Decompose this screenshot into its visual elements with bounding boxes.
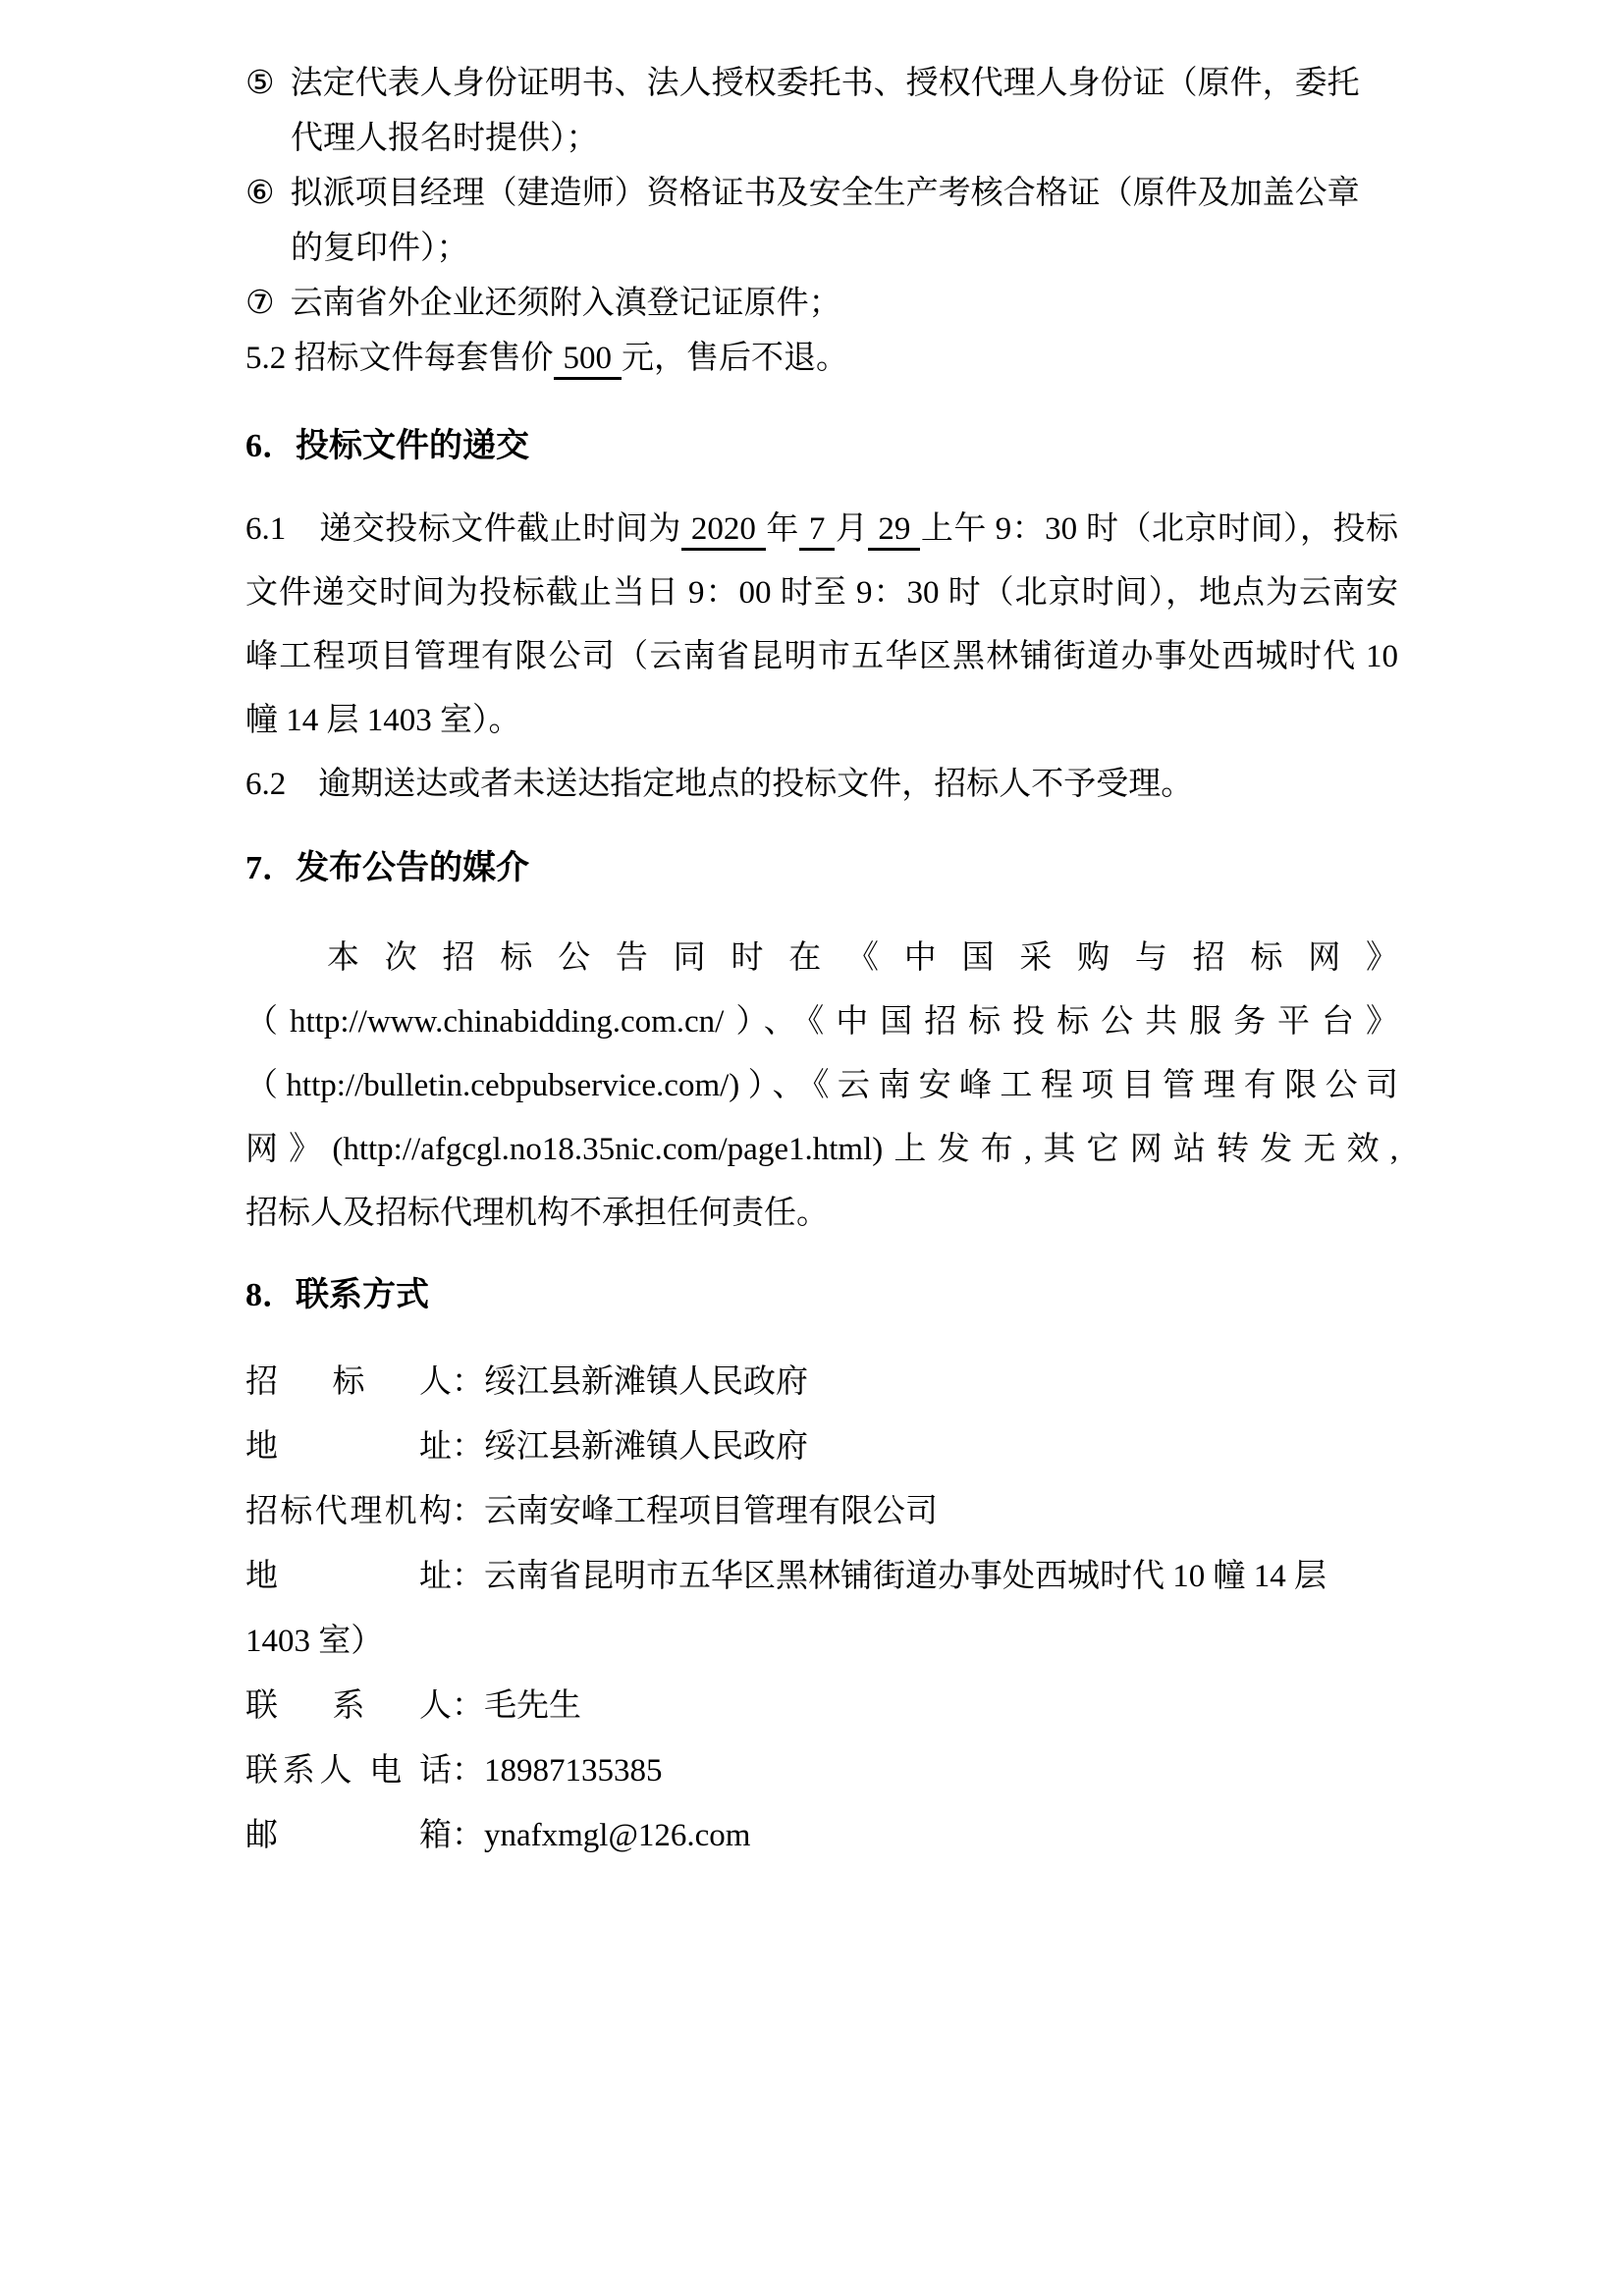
list-item-text: 的复印件）； [245,221,1398,276]
contact-row-phone: 联系人 电 话：18987135385 [245,1738,1398,1803]
list-item-text: 代理人报名时提供）； [245,111,1398,166]
circled-number-5: ⑤ [245,56,275,111]
contact-value: 18987135385 [484,1753,663,1789]
list-item-text: 法定代表人身份证明书、法人授权委托书、授权代理人身份证（原件，委托 [291,66,1360,101]
contact-label: 地址 [245,1544,452,1609]
contact-row-agency: 招标代理机构：云南安峰工程项目管理有限公司 [245,1479,1398,1544]
contact-list: 招标人：绥江县新滩镇人民政府 地址：绥江县新滩镇人民政府 招标代理机构：云南安峰… [245,1350,1398,1868]
paragraph-7-line-3: （http://bulletin.cebpubservice.com/)）、《云… [245,1054,1398,1118]
contact-row-agency-address: 地址：云南省昆明市五华区黑林铺街道办事处西城时代 10 幢 14 层 [245,1544,1398,1609]
contact-colon: ： [452,1559,484,1594]
list-item-5: ⑤法定代表人身份证明书、法人授权委托书、授权代理人身份证（原件，委托 代理人报名… [245,56,1398,166]
contact-row-person: 联系人：毛先生 [245,1674,1398,1738]
paragraph-6-1-line-2: 文件递交时间为投标截止当日 9：00 时至 9：30 时（北京时间），地点为云南… [245,561,1398,625]
contact-colon: ： [452,1818,484,1853]
contact-row-tenderee: 招标人：绥江县新滩镇人民政府 [245,1350,1398,1415]
contact-row-tenderee-address: 地址：绥江县新滩镇人民政府 [245,1415,1398,1479]
contact-value: ynafxmgl@126.com [484,1818,750,1853]
paragraph-text: 6.1 递交投标文件截止时间为 [245,511,681,547]
paragraph-text: 月 [835,511,868,547]
clause-5-2: 5.2 招标文件每套售价500元，售后不退。 [245,331,1398,386]
paragraph-6-1-line-4: 幢 14 层 1403 室）。 [245,689,1398,753]
list-item-text: 拟派项目经理（建造师）资格证书及安全生产考核合格证（原件及加盖公章 [291,176,1360,211]
underlined-price: 500 [554,341,623,380]
underlined-day: 29 [868,511,920,551]
paragraph-7-line-4: 网》(http://afgcgl.no18.35nic.com/page1.ht… [245,1118,1398,1182]
contact-label: 邮箱 [245,1803,452,1868]
contact-value: 云南省昆明市五华区黑林铺街道办事处西城时代 10 幢 14 层 [484,1559,1326,1594]
circled-number-7: ⑦ [245,276,275,331]
contact-colon: ： [452,1494,484,1529]
contact-label: 招标人 [245,1350,452,1415]
section-6-heading: 6．投标文件的递交 [245,419,1398,474]
list-item-7: ⑦云南省外企业还须附入滇登记证原件； [245,276,1398,331]
contact-row-email: 邮箱：ynafxmgl@126.com [245,1803,1398,1868]
contact-value: 绥江县新滩镇人民政府 [484,1429,808,1465]
paragraph-7-line-2: （http://www.chinabidding.com.cn/）、《中国招标投… [245,990,1398,1054]
paragraph-6-1-line-3: 峰工程项目管理有限公司（云南省昆明市五华区黑林铺街道办事处西城时代 10 [245,625,1398,689]
contact-colon: ： [452,1364,484,1400]
paragraph-6-1-line-1: 6.1 递交投标文件截止时间为2020年7月29上午 9：30 时（北京时间），… [245,498,1398,561]
clause-text: 元，售后不退。 [622,341,848,376]
paragraph-7-line-5: 招标人及招标代理机构不承担任何责任。 [245,1182,1398,1246]
contact-value: 绥江县新滩镇人民政府 [484,1364,808,1400]
paragraph-7: 本次招标公告同时在《中国采购与招标网》 （http://www.chinabid… [245,927,1398,1246]
list-item-6: ⑥拟派项目经理（建造师）资格证书及安全生产考核合格证（原件及加盖公章 的复印件）… [245,166,1398,276]
contact-label: 地址 [245,1415,452,1479]
contact-label: 招标代理机构 [245,1479,452,1544]
circled-number-6: ⑥ [245,166,275,221]
list-item-line: ⑦云南省外企业还须附入滇登记证原件； [245,276,1398,331]
paragraph-7-line-1: 本次招标公告同时在《中国采购与招标网》 [245,927,1398,990]
paragraph-6-2: 6.2 逾期送达或者未送达指定地点的投标文件，招标人不予受理。 [245,753,1398,817]
contact-row-agency-address-cont: 1403 室） [245,1609,1398,1674]
section-8-heading: 8．联系方式 [245,1268,1398,1323]
paragraph-text: 年 [766,511,799,547]
contact-label: 联系人 电 话 [245,1738,452,1803]
clause-text: 5.2 招标文件每套售价 [245,341,554,376]
document-page: ⑤法定代表人身份证明书、法人授权委托书、授权代理人身份证（原件，委托 代理人报名… [0,0,1624,2296]
section-7-heading: 7．发布公告的媒介 [245,841,1398,896]
contact-colon: ： [452,1429,484,1465]
contact-value: 云南安峰工程项目管理有限公司 [484,1494,938,1529]
contact-colon: ： [452,1688,484,1724]
underlined-year: 2020 [681,511,766,551]
contact-value: 毛先生 [484,1688,581,1724]
contact-colon: ： [452,1753,484,1789]
list-item-line: ⑤法定代表人身份证明书、法人授权委托书、授权代理人身份证（原件，委托 [245,56,1398,111]
paragraph-text: 上午 9：30 时（北京时间），投标 [920,511,1398,547]
list-item-line: ⑥拟派项目经理（建造师）资格证书及安全生产考核合格证（原件及加盖公章 [245,166,1398,221]
underlined-month: 7 [799,511,836,551]
contact-label: 联系人 [245,1674,452,1738]
document-body: ⑤法定代表人身份证明书、法人授权委托书、授权代理人身份证（原件，委托 代理人报名… [0,0,1624,1868]
paragraph-6-1: 6.1 递交投标文件截止时间为2020年7月29上午 9：30 时（北京时间），… [245,498,1398,753]
list-item-text: 云南省外企业还须附入滇登记证原件； [291,286,841,321]
